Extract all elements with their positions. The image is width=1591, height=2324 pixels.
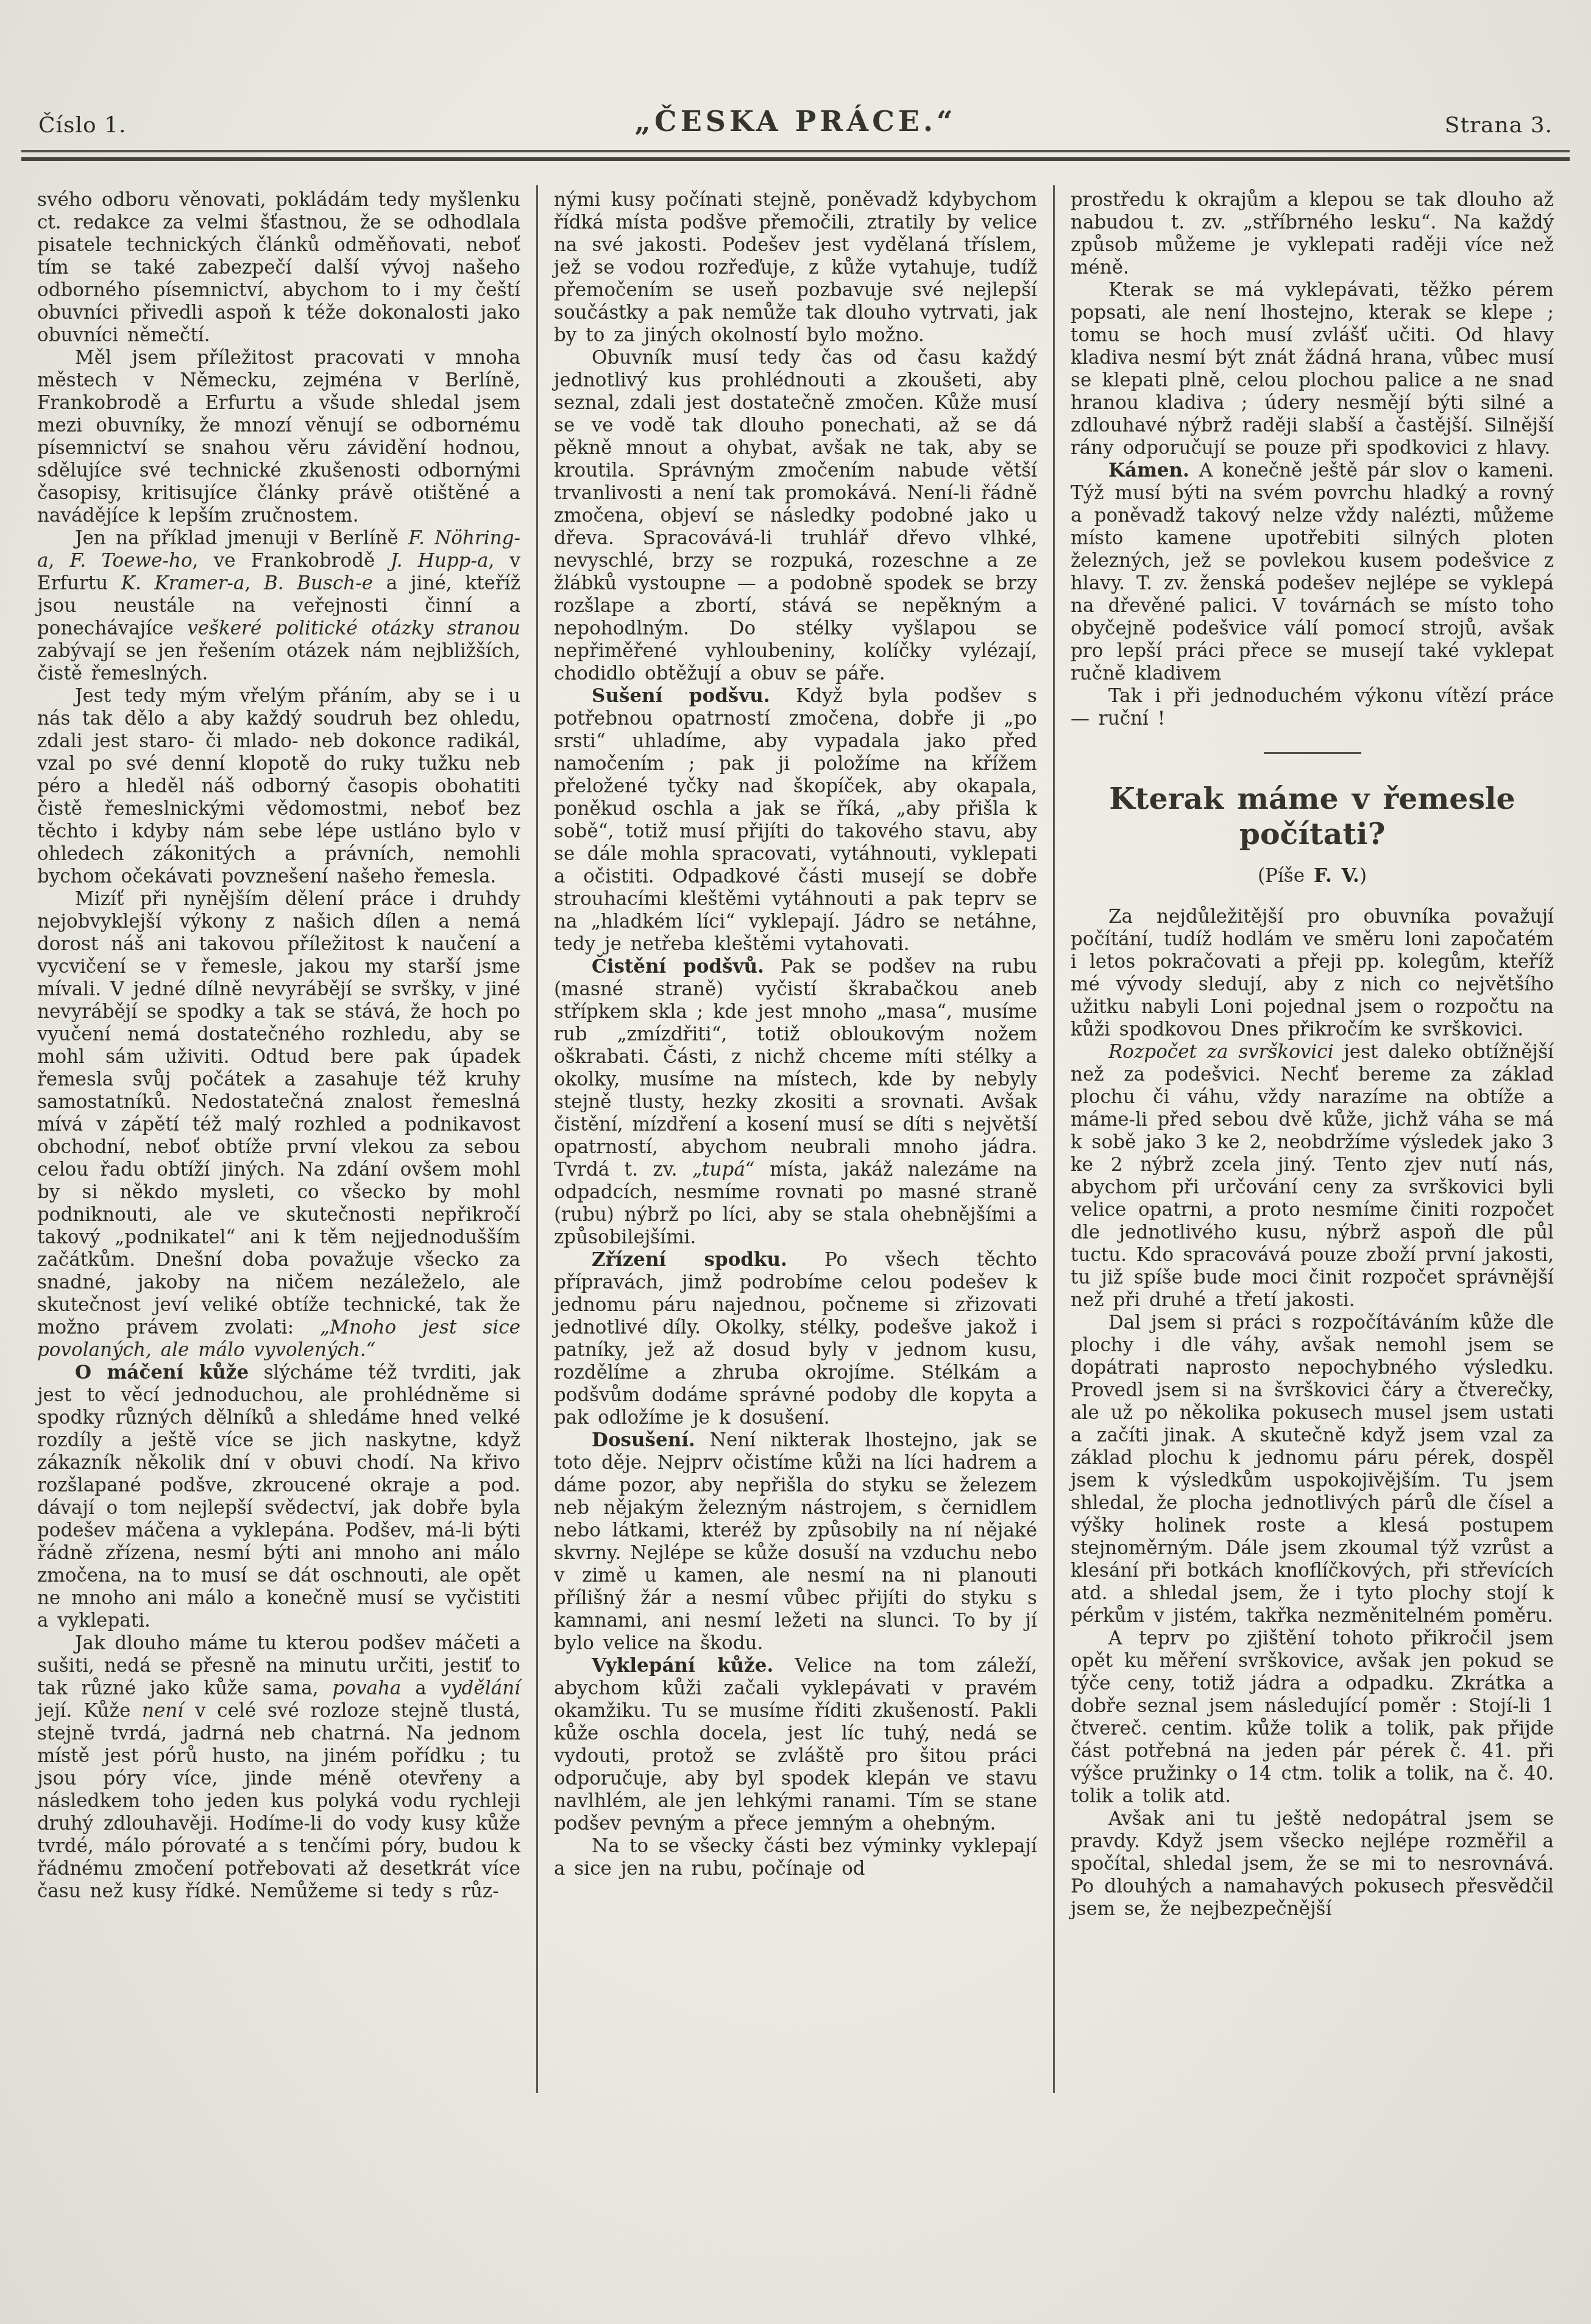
paragraph: Obuvník musí tedy čas od času každý jedn…: [554, 347, 1037, 685]
paragraph: A teprv po zjištění tohoto přikročil jse…: [1071, 1627, 1554, 1808]
article-divider-rule: [1264, 752, 1361, 754]
paragraph: Sušení podšvu. Když byla podšev s potřeb…: [554, 685, 1037, 956]
paragraph: Za nejdůležitější pro obuvníka považují …: [1071, 906, 1554, 1041]
paragraph: Dosušení. Není nikterak lhostejno, jak s…: [554, 1429, 1037, 1655]
masthead: Číslo 1. „ČESKA PRÁCE.“ Strana 3.: [21, 90, 1570, 138]
paragraph: Vyklepání kůže. Velice na tom záleží, ab…: [554, 1655, 1037, 1835]
article-title: Kterak máme v řemesle počítati?: [1071, 781, 1554, 851]
paragraph: Čistění podšvů. Pak se podšev na rubu (m…: [554, 956, 1037, 1249]
paragraph: svého odboru věnovati, pokládám tedy myš…: [37, 189, 520, 347]
paragraph: Na to se všecky části bez výminky vyklep…: [554, 1835, 1037, 1880]
paragraph: Mizíť při nynějším dělení práce i druhdy…: [37, 888, 520, 1362]
paragraph: Dal jsem si práci s rozpočítáváním kůže …: [1071, 1312, 1554, 1627]
paragraph: Kterak se má vyklepávati, těžko pérem po…: [1071, 279, 1554, 460]
paragraph: Tak i při jednoduchém výkonu vítězí prác…: [1071, 685, 1554, 730]
column-3: prostředu k okrajům a klepou se tak dlou…: [1053, 185, 1570, 2093]
paragraph: Jak dlouho máme tu kterou podšev máčeti …: [37, 1632, 520, 1903]
masthead-rule: [21, 150, 1570, 161]
article-content: svého odboru věnovati, pokládám tedy myš…: [21, 185, 1570, 2093]
column-1: svého odboru věnovati, pokládám tedy myš…: [21, 185, 536, 2093]
paragraph: Kámen. A konečně ještě pár slov o kameni…: [1071, 460, 1554, 685]
paper-title: „ČESKA PRÁCE.“: [21, 105, 1570, 138]
paragraph: Měl jsem příležitost pracovati v mnoha m…: [37, 347, 520, 527]
column-2: nými kusy počínati stejně, poněvadž kdyb…: [536, 185, 1053, 2093]
paragraph: nými kusy počínati stejně, poněvadž kdyb…: [554, 189, 1037, 347]
newspaper-page: Číslo 1. „ČESKA PRÁCE.“ Strana 3. svého …: [0, 0, 1591, 2324]
paragraph: Zřízení spodku. Po všech těchto přípravá…: [554, 1249, 1037, 1429]
paragraph: Jest tedy mým vřelým přáním, aby se i u …: [37, 685, 520, 888]
paragraph: Jen na příklad jmenuji v Berlíně F. Nöhr…: [37, 527, 520, 685]
article-byline: (Píše F. V.): [1071, 865, 1554, 887]
paragraph: Rozpočet za svrškovici jest daleko obtíž…: [1071, 1041, 1554, 1312]
paragraph: prostředu k okrajům a klepou se tak dlou…: [1071, 189, 1554, 279]
paragraph: Avšak ani tu ještě nedopátral jsem se pr…: [1071, 1808, 1554, 1921]
paragraph: O máčení kůže slýcháme též tvrditi, jak …: [37, 1362, 520, 1632]
